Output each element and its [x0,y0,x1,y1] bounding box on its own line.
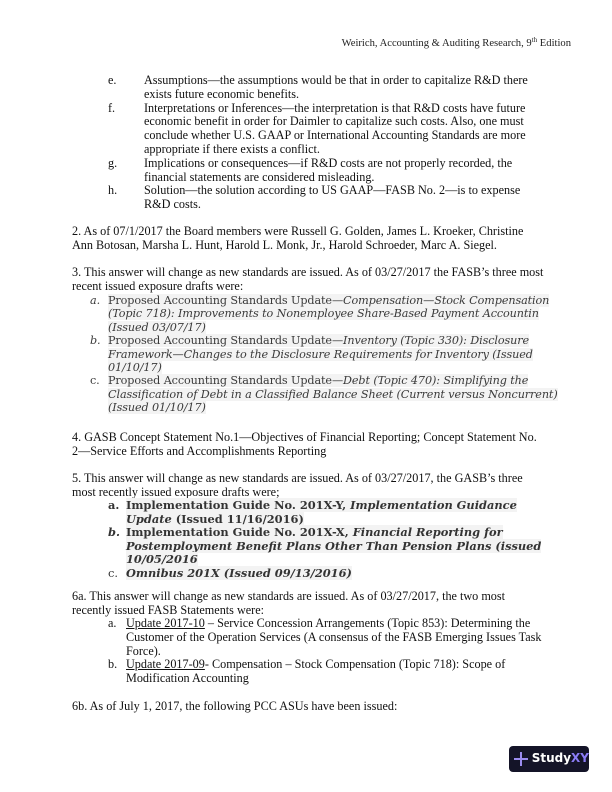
answer-3-intro: 3. This answer will change as new standa… [72,266,544,294]
answer-6b-text: 6b. As of July 1, 2017, the following PC… [72,700,544,714]
answer-6a: 6a. This answer will change as new stand… [72,590,544,618]
list-item: a. Implementation Guide No. 201X-Y, Impl… [108,499,558,526]
brand-accent: XY [571,752,589,766]
fasb-exposure-draft-list: a. Proposed Accounting Standards Update—… [90,294,560,415]
draft-prefix: Proposed Accounting Standards Update— [108,334,343,347]
plus-icon [514,752,527,766]
answer-5-intro: 5. This answer will change as new standa… [72,472,544,500]
list-item: a. Update 2017-10 – Service Concession A… [108,617,548,658]
answer-4-text: 4. GASB Concept Statement No.1—Objective… [72,431,544,459]
step-list: e. Assumptions—the assumptions would be … [108,74,548,212]
document-page: Weirich, Accounting & Auditing Research,… [0,0,612,792]
gasb-exposure-draft-list: a. Implementation Guide No. 201X-Y, Impl… [108,499,558,581]
answer-2: 2. As of 07/1/2017 the Board members wer… [72,225,544,253]
header-edition: Edition [537,38,571,49]
list-marker: b. [108,526,120,540]
list-marker: c. [90,374,100,387]
list-marker: a. [90,294,100,307]
brand-main: Study [532,752,571,766]
list-marker: a. [108,617,116,631]
draft-prefix: Proposed Accounting Standards Update— [108,374,343,387]
list-item: h. Solution—the solution according to US… [108,184,548,212]
list-marker: h. [108,184,117,198]
list-marker: e. [108,74,116,88]
list-item: b. Update 2017-09- Compensation – Stock … [108,658,548,686]
answer-2-text: 2. As of 07/1/2017 the Board members wer… [72,225,544,253]
list-marker: a. [108,499,119,513]
studyxy-badge[interactable]: StudyXY [509,746,589,772]
header-title: Weirich, Accounting & Auditing Research,… [342,38,532,49]
list-text: Implications or consequences—if R&D cost… [144,156,512,184]
list-marker: c. [108,567,118,581]
guide-title: Omnibus 201X (Issued 09/13/2016) [126,566,352,580]
list-item: c. Proposed Accounting Standards Update—… [90,374,560,414]
list-marker: g. [108,157,117,171]
list-text: Interpretations or Inferences—the interp… [144,101,526,156]
answer-6b: 6b. As of July 1, 2017, the following PC… [72,700,544,714]
draft-prefix: Proposed Accounting Standards Update— [108,294,343,307]
list-item: a. Proposed Accounting Standards Update—… [90,294,560,334]
list-item: g. Implications or consequences—if R&D c… [108,157,548,185]
list-marker: b. [108,658,117,672]
answer-5: 5. This answer will change as new standa… [72,472,544,500]
list-text: Assumptions—the assumptions would be tha… [144,73,528,101]
list-item: f. Interpretations or Inferences—the int… [108,102,548,157]
list-marker: b. [90,334,101,347]
list-marker: f. [108,102,115,116]
guide-issued: (Issued 11/16/2016) [172,512,304,526]
fasb-statement-list: a. Update 2017-10 – Service Concession A… [108,617,548,686]
answer-4: 4. GASB Concept Statement No.1—Objective… [72,431,544,459]
list-text: Solution—the solution according to US GA… [144,183,520,211]
guide-name: Implementation Guide No. 201X-X, [126,525,353,539]
list-item: c. Omnibus 201X (Issued 09/13/2016) [108,567,558,581]
answer-6a-intro: 6a. This answer will change as new stand… [72,590,544,618]
list-item: b. Implementation Guide No. 201X-X, Fina… [108,526,558,567]
update-link[interactable]: Update 2017-10 [126,616,205,630]
guide-name: Implementation Guide No. 201X-Y, [126,498,350,512]
update-link[interactable]: Update 2017-09 [126,657,205,671]
running-header: Weirich, Accounting & Auditing Research,… [342,37,571,51]
list-item: e. Assumptions—the assumptions would be … [108,74,548,102]
answer-3: 3. This answer will change as new standa… [72,266,544,294]
list-item: b. Proposed Accounting Standards Update—… [90,334,560,374]
